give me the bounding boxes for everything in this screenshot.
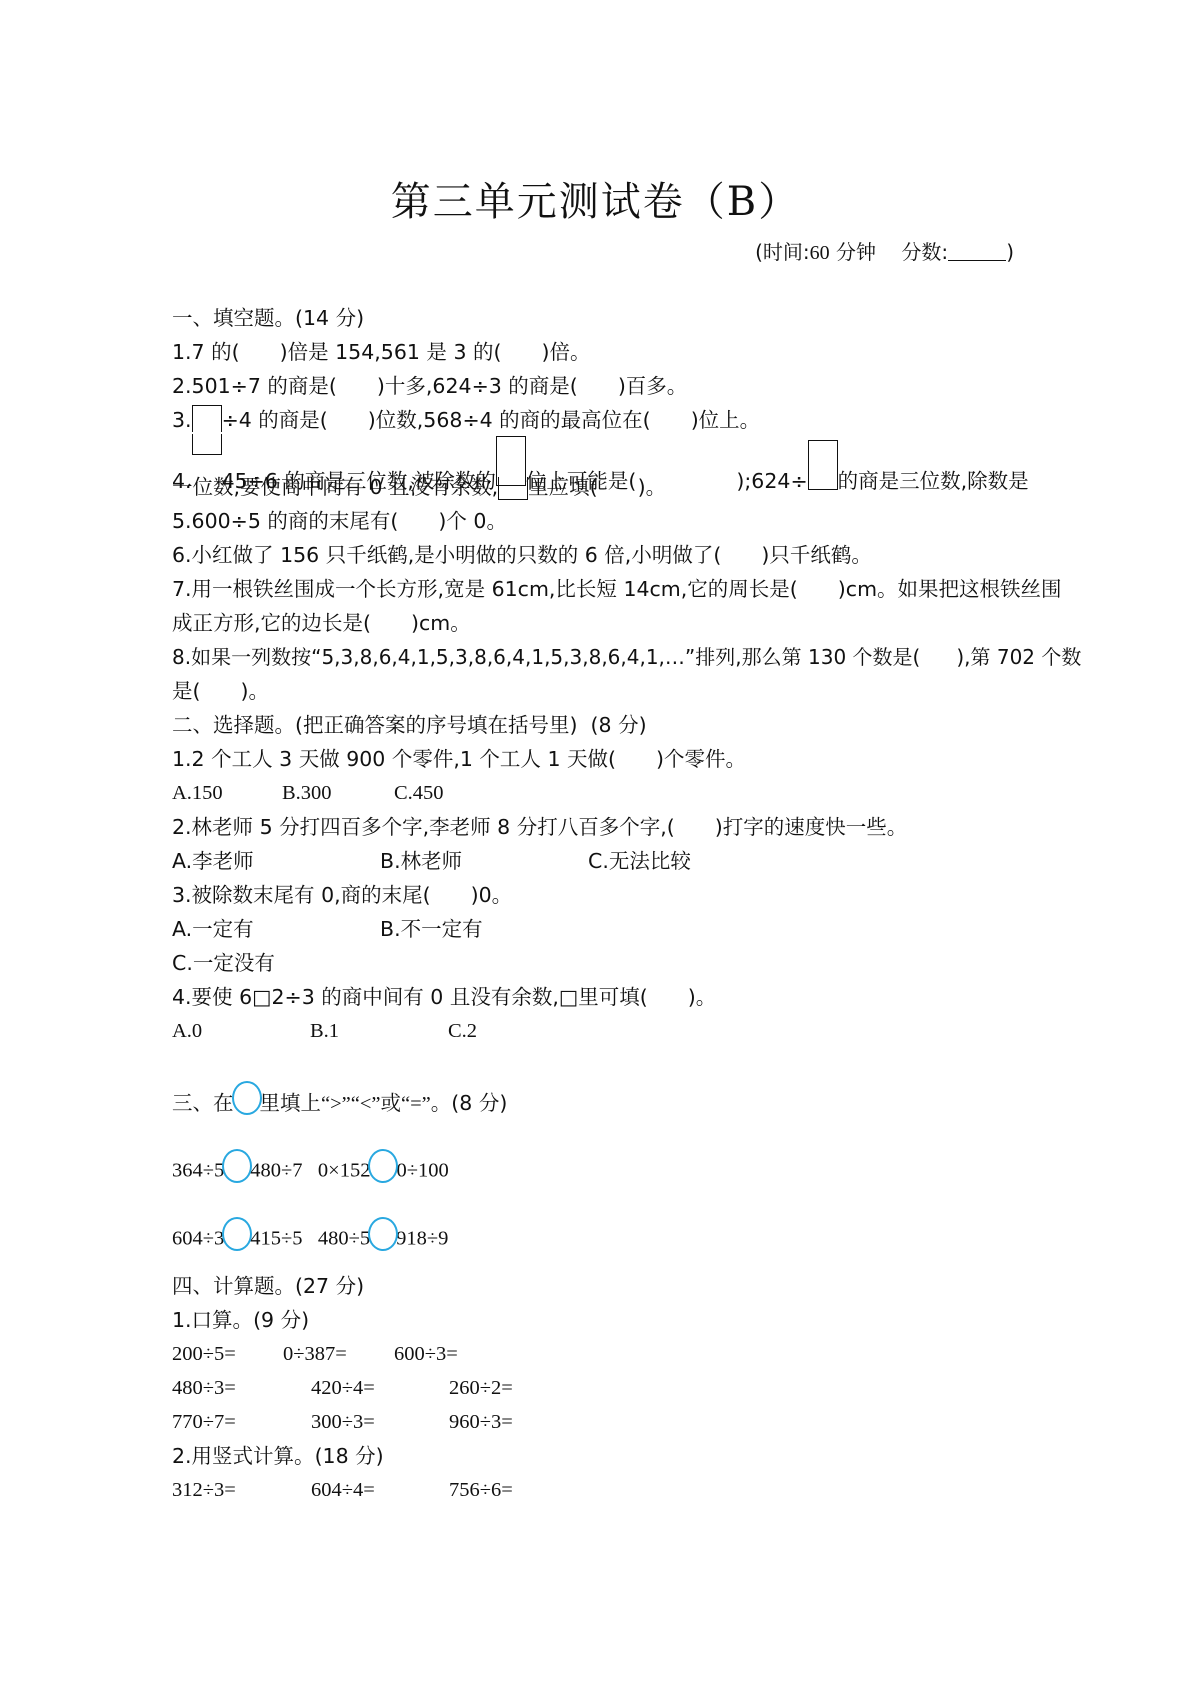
part-label: 2.用竖式计算。 bbox=[172, 1444, 315, 1468]
q-text: )0。 bbox=[471, 883, 513, 907]
section-points: (14 分) bbox=[295, 306, 364, 330]
digit-box-top[interactable] bbox=[192, 405, 222, 432]
section-title: 四、计算题。 bbox=[172, 1276, 295, 1298]
calc-item: 300÷3= bbox=[311, 1409, 375, 1435]
q-text: 5.600÷5 的商的末尾有( bbox=[172, 509, 398, 533]
section2-heading: 二、选择题。(把正确答案的序号填在括号里) (8 分) bbox=[172, 712, 647, 739]
compare-circle[interactable] bbox=[368, 1217, 398, 1251]
expr-left: 480÷5 bbox=[318, 1228, 370, 1250]
calc-item: 480÷3= bbox=[172, 1375, 236, 1401]
q-text: )cm。如果把这根铁丝围 bbox=[838, 577, 1062, 601]
time-value: 60 bbox=[810, 242, 830, 264]
s4-part2-heading: 2.用竖式计算。(18 分) bbox=[172, 1443, 384, 1469]
s4-part1-heading: 1.口算。(9 分) bbox=[172, 1307, 309, 1333]
compare-circle[interactable] bbox=[222, 1149, 252, 1183]
option-b[interactable]: B.300 bbox=[282, 780, 332, 806]
q-text: )位上。 bbox=[691, 408, 761, 432]
q-text: 是( bbox=[172, 679, 201, 703]
q-text: 4.要使 6□2÷3 的商中间有 0 且没有余数,□里可填( bbox=[172, 985, 648, 1009]
q-text: 的商是三位数,除数是 bbox=[838, 469, 1029, 493]
section-points: (8 分) bbox=[591, 713, 647, 737]
digit-box-bottom[interactable] bbox=[498, 477, 528, 500]
q-text: 2.林老师 5 分打四百多个字,李老师 8 分打八百多个字,( bbox=[172, 815, 675, 839]
q-text: 3.被除数末尾有 0,商的末尾( bbox=[172, 883, 431, 907]
q-text: 一位数,要使商中间有 0 且没有余数, bbox=[172, 475, 498, 499]
q-text: )只千纸鹤。 bbox=[761, 543, 872, 567]
calc-item: 604÷4= bbox=[311, 1477, 375, 1503]
part-points: (18 分) bbox=[315, 1444, 384, 1468]
q-text: );624÷ bbox=[736, 469, 807, 493]
s1-q5: 5.600÷5 的商的末尾有()个 0。 bbox=[172, 508, 507, 534]
expr-left: 0×152 bbox=[318, 1160, 371, 1182]
s1-q7: 7.用一根铁丝围成一个长方形,宽是 61cm,比长短 14cm,它的周长是()c… bbox=[172, 576, 1062, 602]
exam-page: 第三单元测试卷（B） (时间:60 分钟 分数:) 一、填空题。(14 分) 1… bbox=[0, 0, 1191, 1684]
option-a[interactable]: A.150 bbox=[172, 780, 223, 806]
option-b[interactable]: B.1 bbox=[310, 1018, 339, 1044]
q-text: 8.如果一列数按“5,3,8,6,4,1,5,3,8,6,4,1,5,3,8,6… bbox=[172, 645, 920, 669]
s1-q2: 2.501÷7 的商是()十多,624÷3 的商是()百多。 bbox=[172, 373, 687, 399]
calc-item: 312÷3= bbox=[172, 1477, 236, 1503]
section-points: (8 分) bbox=[451, 1091, 507, 1115]
section-title: 一、填空题。 bbox=[172, 308, 295, 330]
s1-q8: 8.如果一列数按“5,3,8,6,4,1,5,3,8,6,4,1,5,3,8,6… bbox=[172, 644, 1081, 670]
q-text: ),第 702 个数 bbox=[956, 645, 1081, 669]
part-label: 1.口算。 bbox=[172, 1308, 253, 1332]
q-text: )。 bbox=[241, 679, 270, 703]
s1-q7-cont: 成正方形,它的边长是()cm。 bbox=[172, 610, 471, 636]
meta-close: ) bbox=[1006, 240, 1014, 264]
expr-left: 364÷5 bbox=[172, 1160, 224, 1182]
time-unit: 分钟 bbox=[836, 240, 876, 264]
s2-q4: 4.要使 6□2÷3 的商中间有 0 且没有余数,□里可填()。 bbox=[172, 984, 716, 1010]
section-title: 二、选择题。 bbox=[172, 715, 295, 737]
q-text: 成正方形,它的边长是( bbox=[172, 611, 371, 635]
option-c[interactable]: C.450 bbox=[394, 780, 444, 806]
calc-item: 600÷3= bbox=[394, 1341, 458, 1367]
q-text: 1.2 个工人 3 天做 900 个零件,1 个工人 1 天做( bbox=[172, 747, 616, 771]
section-note: (把正确答案的序号填在括号里) bbox=[295, 713, 578, 737]
section3-heading: 三、在里填上“>”“<”或“=”。(8 分) bbox=[172, 1087, 507, 1121]
expr-right: 918÷9 bbox=[396, 1228, 448, 1250]
compare-circle[interactable] bbox=[222, 1217, 252, 1251]
page-title: 第三单元测试卷（B） bbox=[0, 170, 1191, 227]
q-text: )百多。 bbox=[618, 374, 688, 398]
calc-item: 770÷7= bbox=[172, 1409, 236, 1435]
s3-row-2: 604÷3415÷5 480÷5918÷9 bbox=[172, 1223, 448, 1257]
section-points: (27 分) bbox=[295, 1274, 364, 1298]
calc-item: 200÷5= bbox=[172, 1341, 236, 1367]
calc-item: 756÷6= bbox=[449, 1477, 513, 1503]
option-a[interactable]: A.李老师 bbox=[172, 848, 254, 874]
calc-item: 0÷387= bbox=[283, 1341, 347, 1367]
expr-right: 0÷100 bbox=[396, 1160, 448, 1182]
s1-q4-cont: 一位数,要使商中间有 0 且没有余数,里应填()。 bbox=[172, 474, 666, 500]
calc-item: 420÷4= bbox=[311, 1375, 375, 1401]
section1-heading: 一、填空题。(14 分) bbox=[172, 305, 364, 332]
q-text: )。 bbox=[688, 985, 717, 1009]
exam-meta: (时间:60 分钟 分数:) bbox=[755, 236, 1014, 265]
digit-box-bottom[interactable] bbox=[192, 434, 222, 455]
s1-q3: 3.÷4 的商是()位数,568÷4 的商的最高位在()位上。 bbox=[172, 407, 760, 433]
s2-q3: 3.被除数末尾有 0,商的末尾()0。 bbox=[172, 882, 512, 908]
expr-right: 480÷7 bbox=[250, 1160, 302, 1182]
section-title: 里填上“>”“<”或“=”。 bbox=[260, 1093, 452, 1115]
q-text: 1.7 的( bbox=[172, 340, 240, 364]
option-c[interactable]: C.无法比较 bbox=[588, 848, 691, 874]
q-text: )打字的速度快一些。 bbox=[715, 815, 908, 839]
circle-icon bbox=[232, 1081, 262, 1115]
q-text: )倍。 bbox=[542, 340, 591, 364]
q-text: 2.501÷7 的商是( bbox=[172, 374, 337, 398]
q-text: )位数,568÷4 的商的最高位在( bbox=[368, 408, 651, 432]
q-text: ÷4 的商是( bbox=[222, 408, 328, 432]
q-text: )倍是 154,561 是 3 的( bbox=[280, 340, 502, 364]
meta-open: (时间: bbox=[755, 240, 810, 264]
option-a[interactable]: A.0 bbox=[172, 1018, 202, 1044]
option-c[interactable]: C.2 bbox=[448, 1018, 477, 1044]
expr-left: 604÷3 bbox=[172, 1228, 224, 1250]
calc-item: 960÷3= bbox=[449, 1409, 513, 1435]
option-b[interactable]: B.不一定有 bbox=[380, 916, 483, 942]
score-label: 分数: bbox=[901, 240, 948, 264]
s3-row-1: 364÷5480÷7 0×1520÷100 bbox=[172, 1155, 449, 1189]
compare-circle[interactable] bbox=[368, 1149, 398, 1183]
q-text: )cm。 bbox=[411, 611, 471, 635]
option-a[interactable]: A.一定有 bbox=[172, 916, 254, 942]
s1-q1: 1.7 的()倍是 154,561 是 3 的()倍。 bbox=[172, 339, 591, 365]
q-text: 6.小红做了 156 只千纸鹤,是小明做的只数的 6 倍,小明做了( bbox=[172, 543, 721, 567]
calc-item: 260÷2= bbox=[449, 1375, 513, 1401]
part-points: (9 分) bbox=[253, 1308, 309, 1332]
q-text: )。 bbox=[638, 475, 667, 499]
s1-q8-cont: 是()。 bbox=[172, 678, 269, 704]
section-title: 三、在 bbox=[172, 1093, 234, 1115]
q-text: )个 0。 bbox=[438, 509, 507, 533]
q-text: 里应填( bbox=[528, 475, 598, 499]
option-c[interactable]: C.一定没有 bbox=[172, 950, 275, 976]
q-number: 3. bbox=[172, 408, 192, 432]
q-text: 7.用一根铁丝围成一个长方形,宽是 61cm,比长短 14cm,它的周长是( bbox=[172, 577, 798, 601]
section4-heading: 四、计算题。(27 分) bbox=[172, 1273, 364, 1300]
s1-q6: 6.小红做了 156 只千纸鹤,是小明做的只数的 6 倍,小明做了()只千纸鹤。 bbox=[172, 542, 872, 568]
divisor-box[interactable] bbox=[808, 440, 838, 490]
q-text: )个零件。 bbox=[656, 747, 746, 771]
expr-right: 415÷5 bbox=[250, 1228, 302, 1250]
s2-q1: 1.2 个工人 3 天做 900 个零件,1 个工人 1 天做()个零件。 bbox=[172, 746, 746, 772]
q-text: )十多,624÷3 的商是( bbox=[377, 374, 578, 398]
score-blank[interactable] bbox=[948, 242, 1006, 261]
option-b[interactable]: B.林老师 bbox=[380, 848, 462, 874]
s2-q2: 2.林老师 5 分打四百多个字,李老师 8 分打八百多个字,()打字的速度快一些… bbox=[172, 814, 907, 840]
